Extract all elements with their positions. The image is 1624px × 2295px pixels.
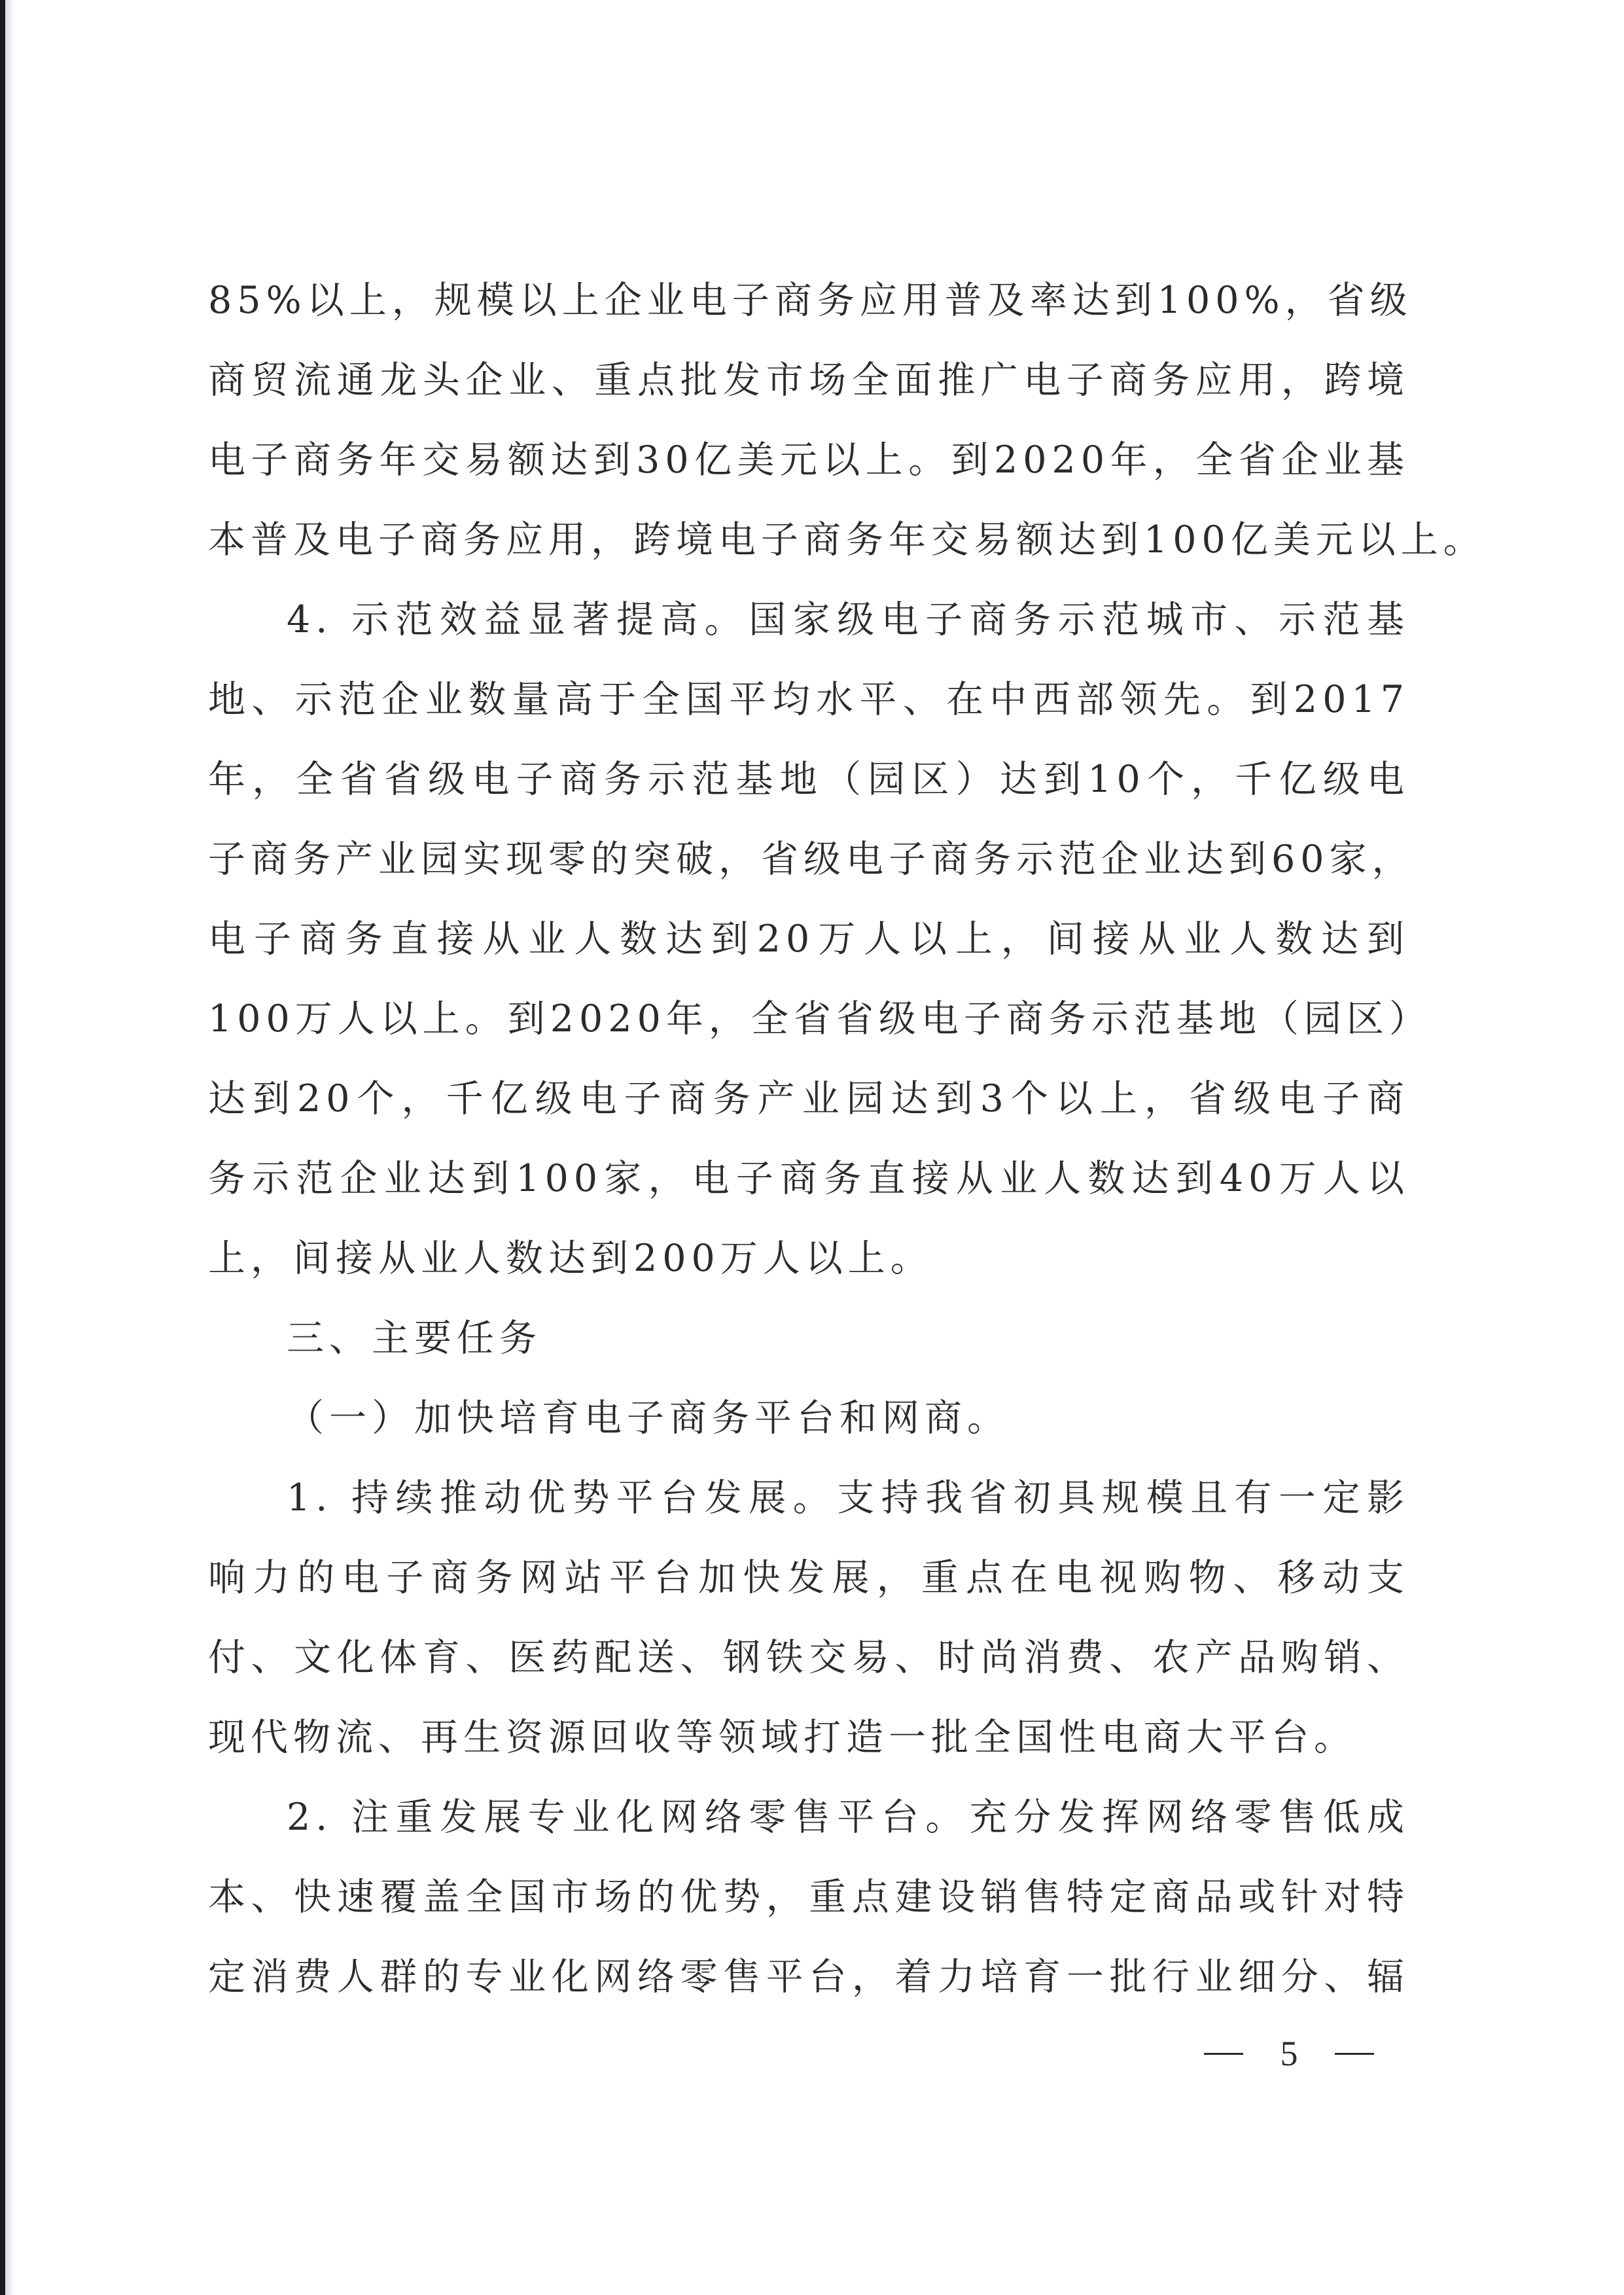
- text-line: 地、示范企业数量高于全国平均水平、在中西部领先。到2017: [208, 660, 1409, 739]
- text-line: 务示范企业达到100家，电子商务直接从业人数达到40万人以: [208, 1139, 1409, 1219]
- text-line: 1. 持续推动优势平台发展。支持我省初具规模且有一定影: [208, 1458, 1409, 1538]
- text-line: 定消费人群的专业化网络零售平台，着力培育一批行业细分、辐: [208, 1937, 1409, 2017]
- paragraph-item-4: 4. 示范效益显著提高。国家级电子商务示范城市、示范基 地、示范企业数量高于全国…: [208, 580, 1409, 1298]
- text-line: 4. 示范效益显著提高。国家级电子商务示范城市、示范基: [208, 580, 1409, 660]
- text-line: 85%以上，规模以上企业电子商务应用普及率达到100%，省级: [208, 260, 1409, 340]
- text-line: 电子商务直接从业人数达到20万人以上，间接从业人数达到: [208, 899, 1409, 979]
- page-number: 5: [1204, 2027, 1374, 2080]
- text-line: 100万人以上。到2020年，全省省级电子商务示范基地（园区）: [208, 979, 1409, 1059]
- text-line: 现代物流、再生资源回收等领域打造一批全国性电商大平台。: [208, 1698, 1409, 1777]
- text-line: 电子商务年交易额达到30亿美元以上。到2020年，全省企业基: [208, 420, 1409, 500]
- document-body: 85%以上，规模以上企业电子商务应用普及率达到100%，省级 商贸流通龙头企业、…: [208, 260, 1409, 2017]
- scan-edge-shade: [5, 0, 14, 2295]
- scan-edge: [0, 0, 5, 2295]
- section-heading: 三、主要任务: [208, 1298, 1409, 1378]
- subsection-heading: （一）加快培育电子商务平台和网商。: [208, 1378, 1409, 1458]
- paragraph-task-1: 1. 持续推动优势平台发展。支持我省初具规模且有一定影 响力的电子商务网站平台加…: [208, 1458, 1409, 1777]
- paragraph-continuation: 85%以上，规模以上企业电子商务应用普及率达到100%，省级 商贸流通龙头企业、…: [208, 260, 1409, 580]
- dash-left: [1204, 2053, 1243, 2055]
- text-line: 本普及电子商务应用，跨境电子商务年交易额达到100亿美元以上。: [208, 500, 1409, 580]
- text-line: 子商务产业园实现零的突破，省级电子商务示范企业达到60家，: [208, 819, 1409, 899]
- page-number-value: 5: [1280, 2027, 1298, 2080]
- text-line: 2. 注重发展专业化网络零售平台。充分发挥网络零售低成: [208, 1777, 1409, 1857]
- paragraph-task-2: 2. 注重发展专业化网络零售平台。充分发挥网络零售低成 本、快速覆盖全国市场的优…: [208, 1777, 1409, 2017]
- text-line: 上，间接从业人数达到200万人以上。: [208, 1219, 1409, 1298]
- text-line: 商贸流通龙头企业、重点批发市场全面推广电子商务应用，跨境: [208, 340, 1409, 420]
- text-line: 达到20个，千亿级电子商务产业园达到3个以上，省级电子商: [208, 1059, 1409, 1139]
- text-line: 付、文化体育、医药配送、钢铁交易、时尚消费、农产品购销、: [208, 1618, 1409, 1698]
- dash-right: [1335, 2053, 1374, 2055]
- text-line: 年，全省省级电子商务示范基地（园区）达到10个，千亿级电: [208, 739, 1409, 819]
- text-line: 响力的电子商务网站平台加快发展，重点在电视购物、移动支: [208, 1538, 1409, 1618]
- text-line: 本、快速覆盖全国市场的优势，重点建设销售特定商品或针对特: [208, 1857, 1409, 1937]
